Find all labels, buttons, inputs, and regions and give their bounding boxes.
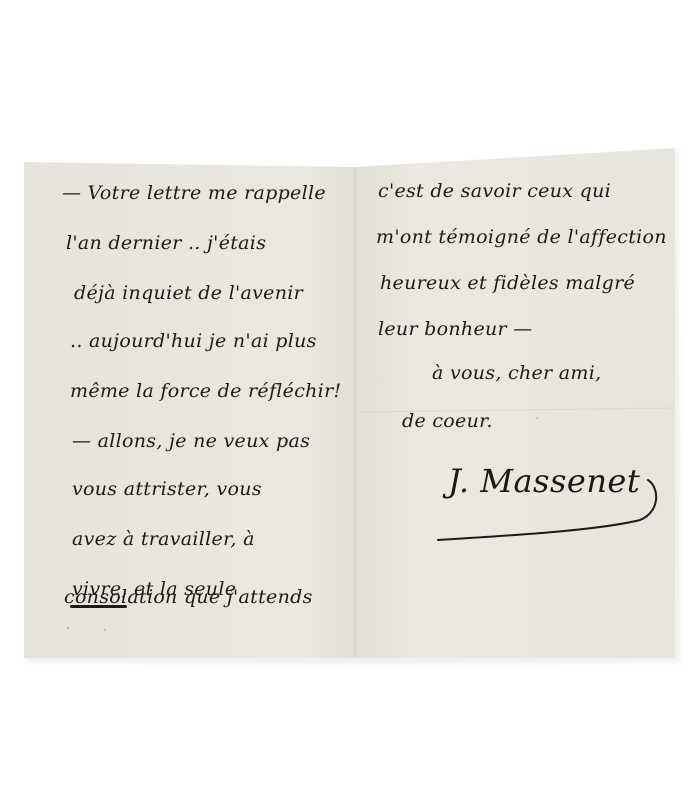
right-line-1: c'est de savoir ceux qui (378, 180, 611, 202)
letter-scan: — Votre lettre me rappelle l'an dernier … (0, 0, 700, 800)
left-line-3: déjà inquiet de l'avenir (74, 282, 303, 304)
right-line-5: à vous, cher ami, (432, 362, 601, 384)
left-line-4: .. aujourd'hui je n'ai plus (70, 330, 317, 352)
right-page (355, 148, 675, 658)
left-line-7: vous attrister, vous (72, 478, 262, 500)
left-line-2: l'an dernier .. j'étais (66, 232, 266, 254)
right-line-4: leur bonheur — (378, 318, 533, 340)
right-line-3: heureux et fidèles malgré (380, 272, 635, 294)
right-line-6: de coeur. (402, 410, 493, 432)
left-line-1: — Votre lettre me rappelle (62, 182, 326, 204)
right-line-2: m'ont témoigné de l'affection (376, 226, 667, 248)
left-line-6: — allons, je ne veux pas (72, 430, 310, 452)
left-line-8: avez à travailler, à (72, 528, 255, 550)
left-line-5: même la force de réfléchir! (70, 380, 341, 402)
signature: J. Massenet (448, 462, 640, 500)
left-line-10: consolation que j'attends (64, 586, 313, 608)
